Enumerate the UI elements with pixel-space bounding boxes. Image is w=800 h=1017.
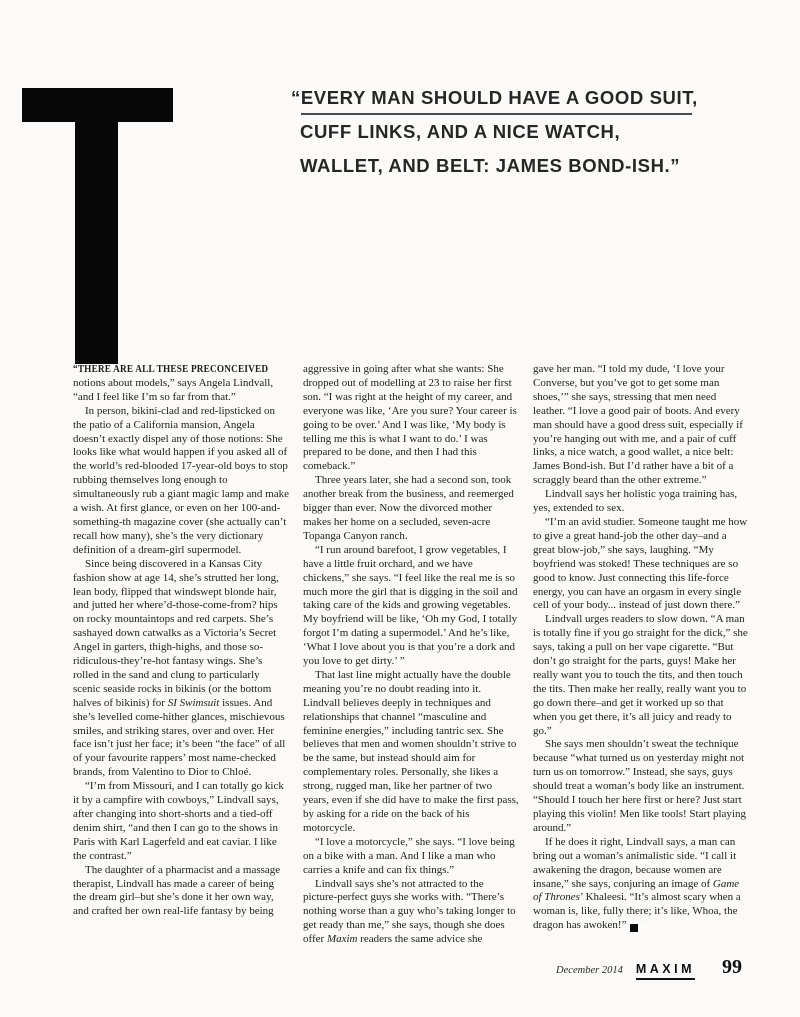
article-columns: “THERE ARE ALL THESE PRECONCEIVED notion…	[73, 363, 749, 957]
paragraph: She says men shouldn’t sweat the techniq…	[533, 738, 749, 835]
paragraph: In person, bikini-clad and red-lipsticke…	[73, 405, 289, 558]
text-column: gave her man. “I told my dude, ‘I love y…	[533, 363, 749, 957]
text-run: That last line might actually have the d…	[303, 669, 519, 834]
paragraph: “I love a motorcycle,” she says. “I love…	[303, 836, 519, 878]
text-run: Three years later, she had a second son,…	[303, 474, 514, 542]
text-run: notions about models,” says Angela Lindv…	[73, 377, 273, 403]
text-run: Since being discovered in a Kansas City …	[73, 558, 279, 709]
text-run: gave her man. “I told my dude, ‘I love y…	[533, 363, 743, 486]
text-run: Lindvall says her holistic yoga training…	[533, 488, 737, 514]
text-run: She says men shouldn’t sweat the techniq…	[533, 738, 746, 833]
drop-cap-letter-T-stem	[75, 88, 118, 364]
paragraph: “I run around barefoot, I grow vegetable…	[303, 544, 519, 669]
text-run: “I’m an avid studier. Someone taught me …	[533, 516, 747, 611]
text-run: readers the same advice she	[357, 933, 482, 945]
text-run: “THERE ARE ALL THESE PRECONCEIVED	[73, 363, 268, 377]
text-run: “I’m from Missouri, and I can totally go…	[73, 780, 284, 862]
pull-quote-underlined-text: EVERY MAN SHOULD HAVE A GOOD SUIT	[301, 87, 692, 115]
paragraph: Since being discovered in a Kansas City …	[73, 558, 289, 781]
paragraph: Lindvall says she’s not attracted to the…	[303, 878, 519, 948]
pull-quote-line-2: CUFF LINKS, AND A NICE WATCH,	[291, 120, 771, 143]
paragraph: The daughter of a pharmacist and a massa…	[73, 864, 289, 920]
paragraph: Lindvall urges readers to slow down. “A …	[533, 613, 749, 738]
footer-brand-wordmark: MAXIM	[636, 962, 695, 980]
maxim-end-mark-icon: M	[630, 924, 638, 932]
paragraph: “I’m from Missouri, and I can totally go…	[73, 780, 289, 863]
footer-issue-date: December 2014	[556, 965, 623, 976]
text-run: The daughter of a pharmacist and a massa…	[73, 864, 280, 918]
magazine-page: T “EVERY MAN SHOULD HAVE A GOOD SUIT, CU…	[0, 0, 800, 1017]
page-footer: December 2014 MAXIM 99	[0, 956, 742, 980]
footer-page-number: 99	[722, 956, 742, 979]
paragraph: Lindvall says her holistic yoga training…	[533, 488, 749, 516]
paragraph: Three years later, she had a second son,…	[303, 474, 519, 544]
pull-quote-line-1: “EVERY MAN SHOULD HAVE A GOOD SUIT,	[291, 86, 771, 109]
pull-quote-line-1-tail: ,	[692, 87, 698, 108]
text-run: Maxim	[327, 933, 358, 945]
text-column: “THERE ARE ALL THESE PRECONCEIVED notion…	[73, 363, 289, 957]
paragraph: aggressive in going after what she wants…	[303, 363, 519, 474]
text-run: If he does it right, Lindvall says, a ma…	[533, 836, 736, 890]
pull-quote: “EVERY MAN SHOULD HAVE A GOOD SUIT, CUFF…	[291, 86, 771, 188]
text-run: “I love a motorcycle,” she says. “I love…	[303, 836, 515, 876]
text-run: SI Swimsuit	[168, 697, 220, 709]
text-run: aggressive in going after what she wants…	[303, 363, 517, 472]
text-column: aggressive in going after what she wants…	[303, 363, 519, 957]
paragraph: “THERE ARE ALL THESE PRECONCEIVED notion…	[73, 363, 289, 405]
pull-quote-open-quote: “	[291, 87, 301, 108]
paragraph: “I’m an avid studier. Someone taught me …	[533, 516, 749, 613]
paragraph: That last line might actually have the d…	[303, 669, 519, 836]
paragraph: gave her man. “I told my dude, ‘I love y…	[533, 363, 749, 488]
text-run: Lindvall urges readers to slow down. “A …	[533, 613, 748, 736]
paragraph: If he does it right, Lindvall says, a ma…	[533, 836, 749, 933]
text-run: In person, bikini-clad and red-lipsticke…	[73, 405, 289, 556]
pull-quote-line-3: WALLET, AND BELT: JAMES BOND-ISH.”	[291, 154, 771, 177]
text-run: “I run around barefoot, I grow vegetable…	[303, 544, 517, 667]
